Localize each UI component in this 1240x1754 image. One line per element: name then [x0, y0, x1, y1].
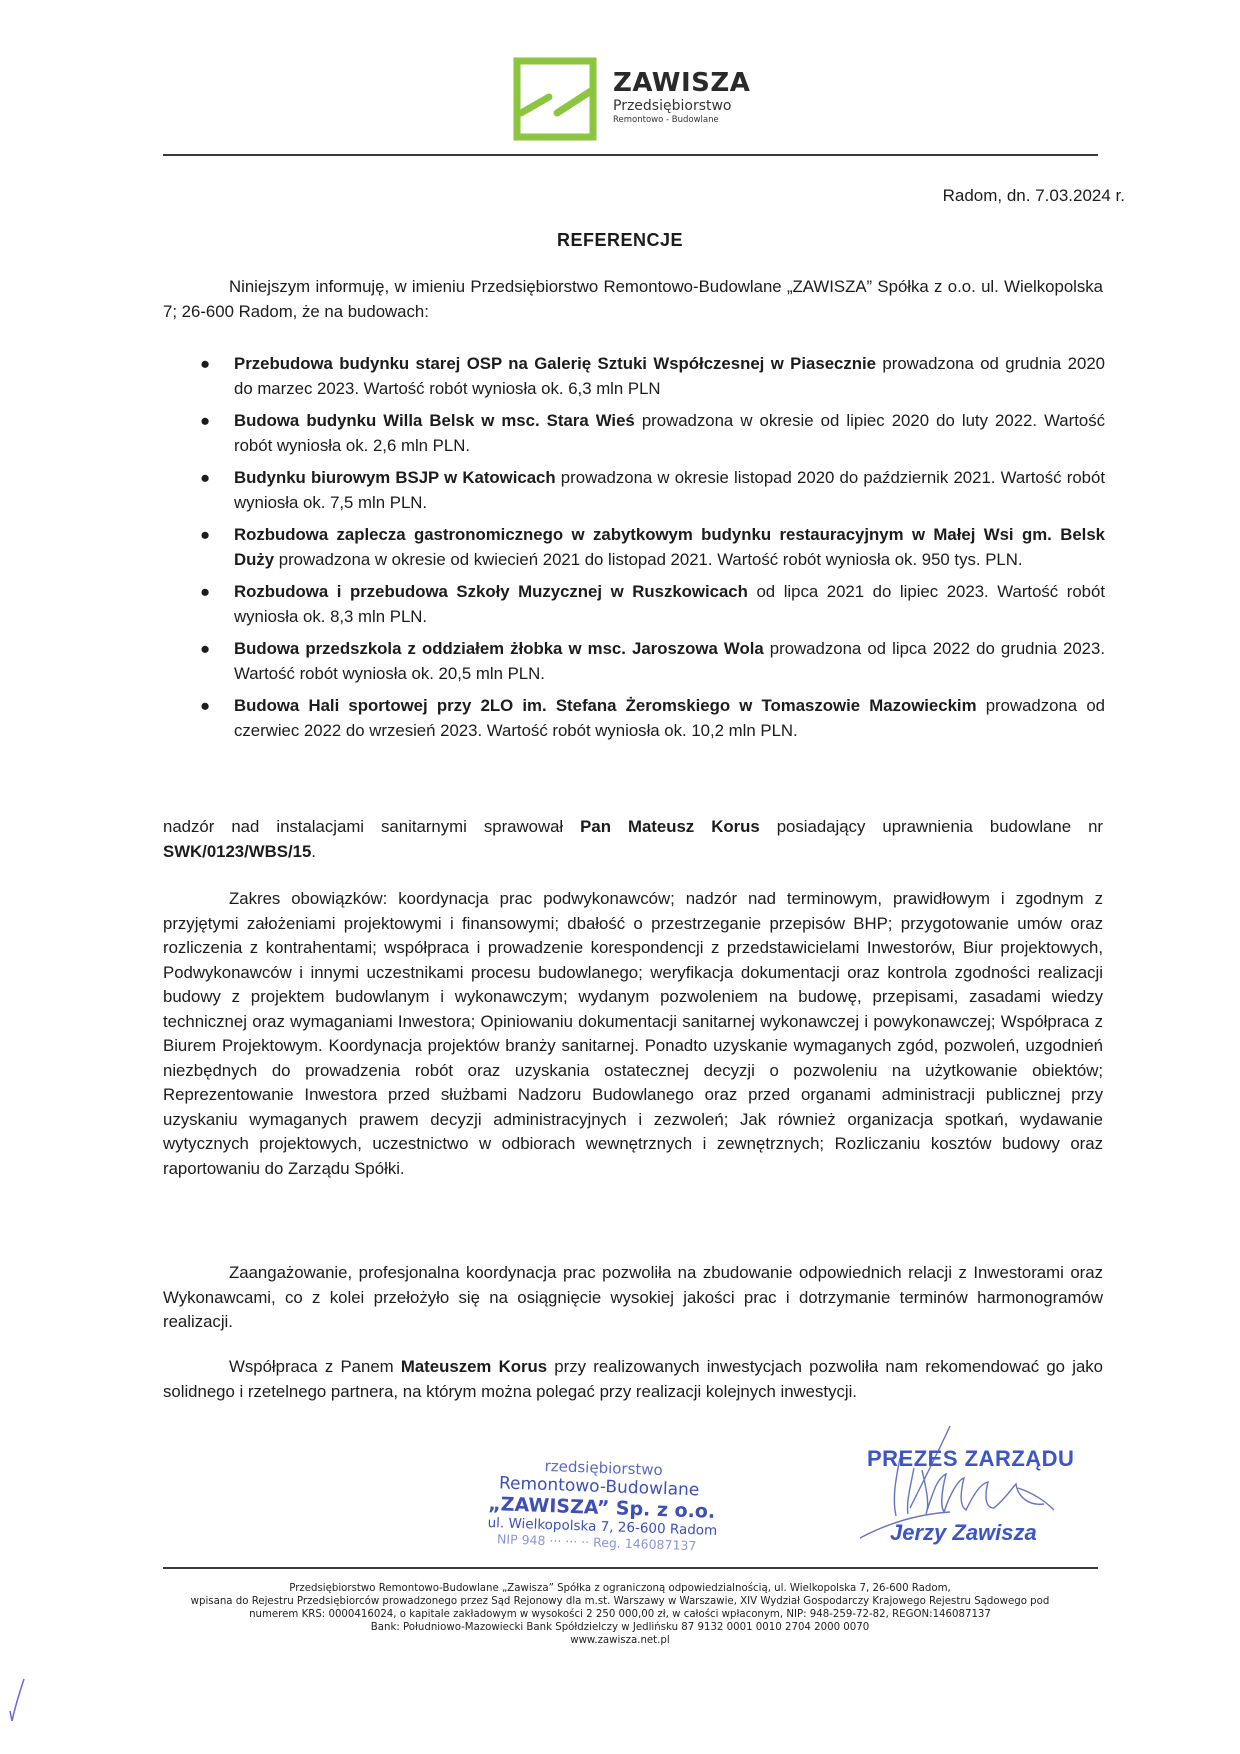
- logo-subtitle: Przedsiębiorstwo: [613, 97, 750, 115]
- project-name: Rozbudowa i przebudowa Szkoły Muzycznej …: [234, 582, 748, 601]
- cooperation-paragraph: Współpraca z Panem Mateuszem Korus przy …: [163, 1355, 1103, 1404]
- supervisor-paragraph: nadzór nad instalacjami sanitarnymi spra…: [163, 815, 1103, 864]
- company-footer: Przedsiębiorstwo Remontowo-Budowlane „Za…: [120, 1582, 1120, 1647]
- supervisor-text: posiadający uprawnienia budowlane nr: [760, 817, 1103, 836]
- project-list: ●Przebudowa budynku starej OSP na Galeri…: [200, 352, 1105, 751]
- supervisor-name: Pan Mateusz Korus: [580, 817, 760, 836]
- cooperation-text: Współpraca z Panem: [229, 1357, 401, 1376]
- president-stamp: PREZES ZARZĄDU Jerzy Zawisza: [830, 1418, 1090, 1558]
- company-stamp: rzedsiębiorstwo Remontowo-Budowlane „ZAW…: [487, 1455, 740, 1555]
- bullet-icon: ●: [200, 523, 210, 548]
- license-number: SWK/0123/WBS/15: [163, 842, 311, 861]
- recommended-person: Mateuszem Korus: [401, 1357, 547, 1376]
- bullet-icon: ●: [200, 466, 210, 491]
- project-item: ●Budowa Hali sportowej przy 2LO im. Stef…: [200, 694, 1105, 743]
- zawisza-logo-mark-icon: [513, 57, 597, 141]
- intro-paragraph: Niniejszym informuję, w imieniu Przedsię…: [163, 275, 1103, 324]
- supervisor-text: nadzór nad instalacjami sanitarnymi spra…: [163, 817, 580, 836]
- project-name: Budowa budynku Willa Belsk w msc. Stara …: [234, 411, 635, 430]
- project-name: Budowa przedszkola z oddziałem żłobka w …: [234, 639, 764, 658]
- footer-website: www.zawisza.net.pl: [120, 1634, 1120, 1647]
- project-item: ●Rozbudowa zaplecza gastronomicznego w z…: [200, 523, 1105, 572]
- reference-letter-page: ZAWISZA Przedsiębiorstwo Remontowo - Bud…: [0, 0, 1240, 1754]
- logo-text: ZAWISZA Przedsiębiorstwo Remontowo - Bud…: [613, 69, 750, 125]
- footer-line: numerem KRS: 0000416024, o kapitale zakł…: [120, 1608, 1120, 1621]
- letter-date: Radom, dn. 7.03.2024 r.: [943, 186, 1125, 206]
- company-logo: ZAWISZA Przedsiębiorstwo Remontowo - Bud…: [513, 57, 763, 143]
- bullet-icon: ●: [200, 694, 210, 719]
- engagement-paragraph: Zaangażowanie, profesjonalna koordynacja…: [163, 1261, 1103, 1335]
- logo-tagline: Remontowo - Budowlane: [613, 115, 750, 125]
- supervisor-text: .: [311, 842, 316, 861]
- pen-mark-icon: [6, 1675, 26, 1725]
- project-item: ●Budowa budynku Willa Belsk w msc. Stara…: [200, 409, 1105, 458]
- header-divider: [163, 154, 1098, 156]
- project-name: Budowa Hali sportowej przy 2LO im. Stefa…: [234, 696, 977, 715]
- duties-paragraph: Zakres obowiązków: koordynacja prac podw…: [163, 887, 1103, 1181]
- bullet-icon: ●: [200, 352, 210, 377]
- project-name: Budynku biurowym BSJP w Katowicach: [234, 468, 556, 487]
- project-item: ●Budowa przedszkola z oddziałem żłobka w…: [200, 637, 1105, 686]
- project-item: ●Budynku biurowym BSJP w Katowicach prow…: [200, 466, 1105, 515]
- letter-title: REFERENCJE: [0, 230, 1240, 251]
- footer-line: Przedsiębiorstwo Remontowo-Budowlane „Za…: [120, 1582, 1120, 1595]
- footer-line: Bank: Południowo-Mazowiecki Bank Spółdzi…: [120, 1621, 1120, 1634]
- bullet-icon: ●: [200, 637, 210, 662]
- project-name: Przebudowa budynku starej OSP na Galerię…: [234, 354, 876, 373]
- project-details: prowadzona w okresie od kwiecień 2021 do…: [274, 550, 1022, 569]
- bullet-icon: ●: [200, 580, 210, 605]
- signature-icon: [830, 1418, 1090, 1558]
- project-item: ●Przebudowa budynku starej OSP na Galeri…: [200, 352, 1105, 401]
- footer-divider: [163, 1567, 1098, 1569]
- project-item: ●Rozbudowa i przebudowa Szkoły Muzycznej…: [200, 580, 1105, 629]
- logo-name: ZAWISZA: [613, 69, 750, 97]
- footer-line: wpisana do Rejestru Przedsiębiorców prow…: [120, 1595, 1120, 1608]
- bullet-icon: ●: [200, 409, 210, 434]
